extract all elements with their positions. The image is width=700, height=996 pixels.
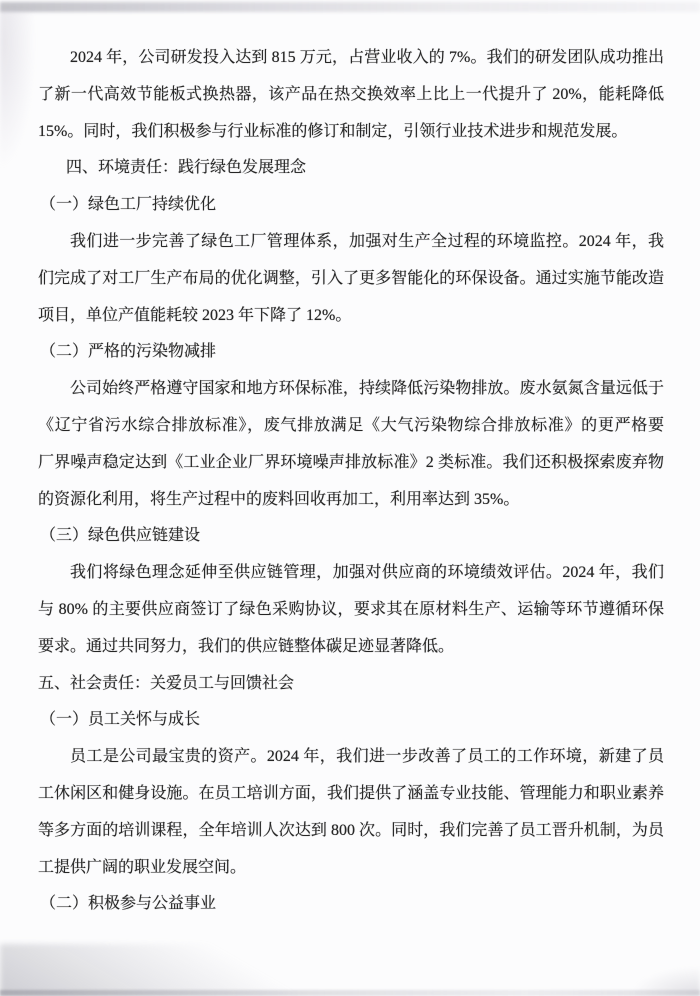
- subsection-heading-public-welfare: （二）积极参与公益事业: [38, 886, 664, 923]
- section-heading-social-responsibility: 五、社会责任：关爱员工与回馈社会: [38, 666, 664, 703]
- scan-artifact-bottom-edge: [0, 990, 700, 996]
- subsection-heading-green-factory: （一）绿色工厂持续优化: [38, 187, 664, 224]
- subsection-heading-employee-care: （一）员工关怀与成长: [38, 702, 664, 739]
- body-line: 与 80% 的主要供应商签订了绿色采购协议，要求其在原材料生产、运输等环节遵循环…: [38, 592, 664, 629]
- body-line: 我们将绿色理念延伸至供应链管理，加强对供应商的环境绩效评估。2024 年，我们: [38, 555, 664, 592]
- body-line: 15%。同时，我们积极参与行业标准的修订和制定，引领行业技术进步和规范发展。: [38, 114, 664, 151]
- body-line: 公司始终严格遵守国家和地方环保标准，持续降低污染物排放。废水氨氮含量远低于: [38, 371, 664, 408]
- body-line: 厂界噪声稳定达到《工业企业厂界环境噪声排放标准》2 类标准。我们还积极探索废弃物: [38, 445, 664, 482]
- body-line: 项目，单位产值能耗较 2023 年下降了 12%。: [38, 298, 664, 335]
- body-line: 要求。通过共同努力，我们的供应链整体碳足迹显著降低。: [38, 629, 664, 666]
- scan-artifact-bottom-left-shadow: [0, 944, 330, 996]
- document-text-block: 2024 年，公司研发投入达到 815 万元，占营业收入的 7%。我们的研发团队…: [38, 40, 664, 923]
- scan-artifact-top-edge: [0, 2, 700, 12]
- body-line: 了新一代高效节能板式换热器，该产品在热交换效率上比上一代提升了 20%，能耗降低: [38, 77, 664, 114]
- body-line: 工提供广阔的职业发展空间。: [38, 850, 664, 887]
- section-heading-environment: 四、环境责任：践行绿色发展理念: [38, 150, 664, 187]
- scan-artifact-left-edge: [0, 10, 36, 170]
- subsection-heading-green-supply-chain: （三）绿色供应链建设: [38, 518, 664, 555]
- body-line: 工休闲区和健身设施。在员工培训方面，我们提供了涵盖专业技能、管理能力和职业素养: [38, 776, 664, 813]
- body-line: 《辽宁省污水综合排放标准》，废气排放满足《大气污染物综合排放标准》的更严格要求，: [38, 408, 664, 445]
- body-line: 员工是公司最宝贵的资产。2024 年，我们进一步改善了员工的工作环境，新建了员: [38, 739, 664, 776]
- body-line: 我们进一步完善了绿色工厂管理体系，加强对生产全过程的环境监控。2024 年，我: [38, 224, 664, 261]
- body-line: 的资源化利用，将生产过程中的废料回收再加工，利用率达到 35%。: [38, 482, 664, 519]
- body-line: 等多方面的培训课程，全年培训人次达到 800 次。同时，我们完善了员工晋升机制，…: [38, 813, 664, 850]
- scanned-document-page: 2024 年，公司研发投入达到 815 万元，占营业收入的 7%。我们的研发团队…: [0, 0, 700, 996]
- scan-artifact-bottom-right-corner: [630, 966, 700, 996]
- body-line: 们完成了对工厂生产布局的优化调整，引入了更多智能化的环保设备。通过实施节能改造: [38, 261, 664, 298]
- body-line: 2024 年，公司研发投入达到 815 万元，占营业收入的 7%。我们的研发团队…: [38, 40, 664, 77]
- subsection-heading-pollution-reduction: （二）严格的污染物减排: [38, 334, 664, 371]
